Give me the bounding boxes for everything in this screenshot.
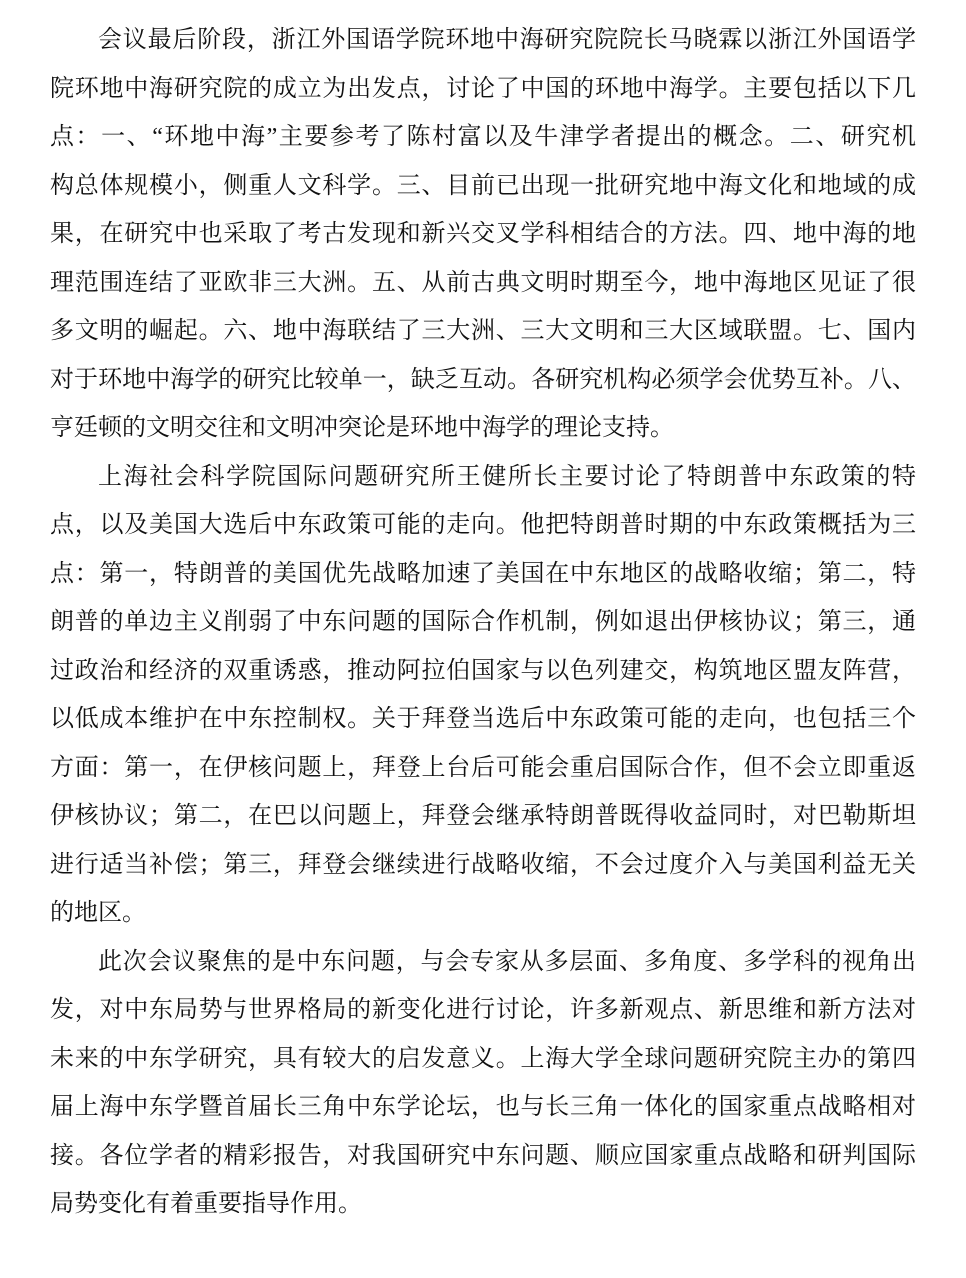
text-line: 果，在研究中也采取了考古发现和新兴交叉学科相结合的方法。四、地中海的地 — [50, 210, 916, 259]
text-line: 院环地中海研究院的成立为出发点，讨论了中国的环地中海学。主要包括以下几 — [50, 65, 916, 114]
text-line: 以低成本维护在中东控制权。关于拜登当选后中东政策可能的走向，也包括三个 — [50, 695, 916, 744]
text-line: 接。各位学者的精彩报告，对我国研究中东问题、顺应国家重点战略和研判国际 — [50, 1132, 916, 1181]
text-line: 发，对中东局势与世界格局的新变化进行讨论，许多新观点、新思维和新方法对 — [50, 986, 916, 1035]
text-line: 会议最后阶段，浙江外国语学院环地中海研究院院长马晓霖以浙江外国语学 — [50, 16, 916, 65]
text-line: 对于环地中海学的研究比较单一，缺乏互动。各研究机构必须学会优势互补。八、 — [50, 356, 916, 405]
text-line: 伊核协议；第二，在巴以问题上，拜登会继承特朗普既得收益同时，对巴勒斯坦 — [50, 792, 916, 841]
text-line: 点，以及美国大选后中东政策可能的走向。他把特朗普时期的中东政策概括为三 — [50, 501, 916, 550]
text-line: 构总体规模小，侧重人文科学。三、目前已出现一批研究地中海文化和地域的成 — [50, 162, 916, 211]
text-line: 过政治和经济的双重诱惑，推动阿拉伯国家与以色列建交，构筑地区盟友阵营， — [50, 647, 916, 696]
text-line: 未来的中东学研究，具有较大的启发意义。上海大学全球问题研究院主办的第四 — [50, 1035, 916, 1084]
text-line: 此次会议聚焦的是中东问题，与会专家从多层面、多角度、多学科的视角出 — [50, 938, 916, 987]
text-line: 点：一、“环地中海”主要参考了陈村富以及牛津学者提出的概念。二、研究机 — [50, 113, 916, 162]
text-line: 多文明的崛起。六、地中海联结了三大洲、三大文明和三大区域联盟。七、国内 — [50, 307, 916, 356]
text-line: 上海社会科学院国际问题研究所王健所长主要讨论了特朗普中东政策的特 — [50, 453, 916, 502]
paragraph-wang-jian-speech: 上海社会科学院国际问题研究所王健所长主要讨论了特朗普中东政策的特点，以及美国大选… — [50, 453, 916, 938]
text-line: 点：第一，特朗普的美国优先战略加速了美国在中东地区的战略收缩；第二，特 — [50, 550, 916, 599]
paragraph-conference-summary: 此次会议聚焦的是中东问题，与会专家从多层面、多角度、多学科的视角出发，对中东局势… — [50, 938, 916, 1229]
paragraph-conference-final-stage: 会议最后阶段，浙江外国语学院环地中海研究院院长马晓霖以浙江外国语学院环地中海研究… — [50, 16, 916, 453]
text-line: 理范围连结了亚欧非三大洲。五、从前古典文明时期至今，地中海地区见证了很 — [50, 259, 916, 308]
text-line: 方面：第一，在伊核问题上，拜登上台后可能会重启国际合作，但不会立即重返 — [50, 744, 916, 793]
text-line: 局势变化有着重要指导作用。 — [50, 1180, 916, 1229]
text-line: 届上海中东学暨首届长三角中东学论坛，也与长三角一体化的国家重点战略相对 — [50, 1083, 916, 1132]
text-line: 的地区。 — [50, 889, 916, 938]
text-line: 朗普的单边主义削弱了中东问题的国际合作机制，例如退出伊核协议；第三，通 — [50, 598, 916, 647]
document-page: 会议最后阶段，浙江外国语学院环地中海研究院院长马晓霖以浙江外国语学院环地中海研究… — [0, 0, 966, 1278]
text-line: 亨廷顿的文明交往和文明冲突论是环地中海学的理论支持。 — [50, 404, 916, 453]
text-line: 进行适当补偿；第三，拜登会继续进行战略收缩，不会过度介入与美国利益无关 — [50, 841, 916, 890]
